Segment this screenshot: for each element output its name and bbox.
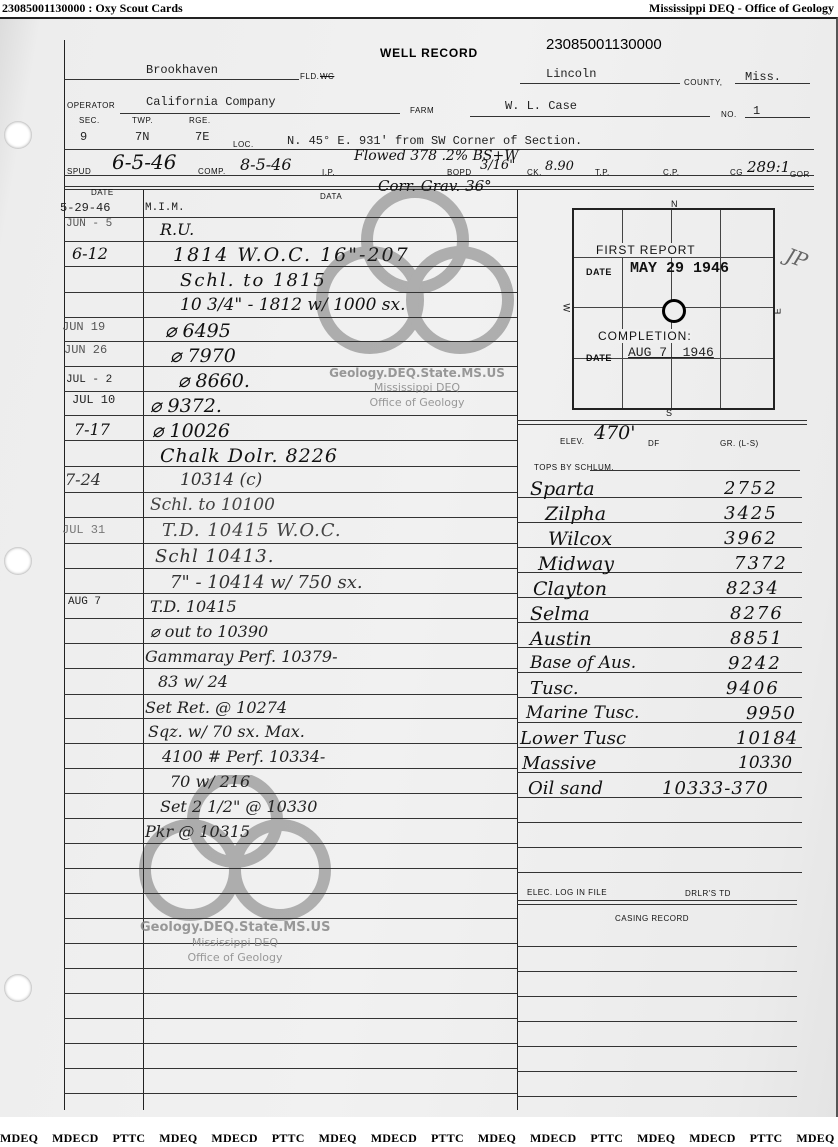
viewer-title: 23085001130000 : Oxy Scout Cards	[2, 1, 183, 16]
formation-depth: 2752	[724, 478, 778, 499]
footer-tag: MDECD	[371, 1131, 417, 1145]
log-date: AUG 7	[68, 596, 101, 608]
deq-logo-watermark	[130, 775, 340, 925]
comp-value: 8-5-46	[240, 155, 292, 174]
watermark-url: Geology.DEQ.State.MS.US	[140, 920, 330, 935]
ck-value: 8.90	[545, 159, 574, 174]
gr-label: GR. (L-S)	[720, 439, 759, 448]
formation-name: Marine Tusc.	[526, 703, 639, 723]
footer-tag: MDEQ	[478, 1131, 516, 1145]
loc-value: N. 45° E. 931' from SW Corner of Section…	[287, 134, 582, 148]
well-no-value: 1	[753, 104, 760, 118]
footer-tag: PTTC	[750, 1131, 783, 1145]
df-label: DF	[648, 439, 660, 448]
log-entry: Schl. to 10100	[150, 495, 275, 515]
plat-west: W	[562, 304, 572, 313]
footer-tag: MDEQ	[637, 1131, 675, 1145]
log-entry: R.U.	[160, 220, 194, 239]
casing-record-label: CASING RECORD	[615, 914, 689, 923]
log-date: JUN 19	[62, 320, 105, 334]
log-entry: ⌀ 10026	[152, 420, 230, 442]
log-entry: Schl 10413.	[155, 546, 274, 567]
log-entry: ⌀ out to 10390	[150, 622, 268, 641]
log-entry: ⌀ 8660.	[178, 370, 250, 392]
completion-label: COMPLETION:	[598, 329, 692, 343]
footer-tag: PTTC	[112, 1131, 145, 1145]
footer-tag: MDECD	[689, 1131, 735, 1145]
first-report-label: FIRST REPORT	[596, 243, 696, 257]
log-date: 7-17	[74, 420, 110, 439]
completion-date: AUG 7 1946	[628, 345, 714, 360]
api-number: 23085001130000	[546, 36, 662, 53]
footer-tag: PTTC	[272, 1131, 305, 1145]
elec-log-label: ELEC. LOG IN FILE	[527, 888, 607, 897]
well-location-marker	[662, 299, 686, 323]
footer-tag: MDECD	[52, 1131, 98, 1145]
field-value: Brookhaven	[146, 63, 218, 77]
operator-label: OPERATOR	[67, 101, 115, 110]
log-date: 7-24	[65, 470, 101, 489]
farm-value: W. L. Case	[505, 99, 577, 113]
state-value: Miss.	[745, 70, 781, 84]
date-column-header: DATE	[91, 188, 114, 197]
log-entry: Set Ret. @ 10274	[145, 698, 287, 717]
formation-name: Austin	[530, 628, 592, 650]
log-entry: ⌀ 6495	[165, 320, 231, 342]
spud-value: 6-5-46	[112, 150, 176, 174]
elev-value: 470'	[594, 422, 636, 444]
twp-value: 7N	[135, 130, 149, 144]
log-entry: ⌀ 7970	[170, 345, 236, 367]
first-report-date-label: DATE	[586, 267, 612, 277]
rge-value: 7E	[195, 130, 209, 144]
gor-label: GOR	[790, 170, 810, 179]
completion-date-label: DATE	[586, 353, 612, 363]
viewer-publisher: Mississippi DEQ - Office of Geology	[649, 1, 834, 16]
formation-depth: 3425	[724, 503, 778, 524]
formation-depth: 8234	[726, 578, 780, 599]
watermark-line3: Office of Geology	[140, 951, 330, 964]
twp-label: TWP.	[132, 116, 153, 125]
formation-name: Massive	[522, 753, 596, 774]
ip-label: I.P.	[322, 168, 335, 177]
formation-name: Base of Aus.	[530, 653, 636, 673]
log-date: 6-12	[72, 244, 108, 263]
bopd-label: BOPD	[447, 168, 472, 177]
first-report-date: MAY 29 1946	[630, 260, 729, 277]
log-entry: ⌀ 9372.	[150, 395, 222, 417]
footer-agency-strip: MDEQMDECDPTTCMDEQMDECDPTTCMDEQMDECDPTTCM…	[0, 1131, 838, 1146]
sec-label: SEC.	[79, 116, 100, 125]
footer-tag: MDEQ	[796, 1131, 834, 1145]
formation-depth: 9406	[726, 678, 780, 699]
formation-depth: 9242	[728, 653, 782, 674]
card-title: WELL RECORD	[380, 46, 478, 60]
log-date: JUL - 2	[66, 374, 112, 386]
log-entry: M.I.M.	[145, 202, 185, 214]
footer-tag: MDECD	[530, 1131, 576, 1145]
bopd-value: 3/16"	[480, 158, 515, 173]
cg-value: 289:1	[747, 158, 790, 176]
footer-tag: MDEQ	[319, 1131, 357, 1145]
formation-depth: 10184	[736, 728, 798, 749]
log-entry: 10314 (c)	[180, 470, 262, 490]
cp-label: C.P.	[663, 168, 680, 177]
log-date: JUN - 5	[66, 218, 112, 230]
watermark-line3: Office of Geology	[322, 396, 512, 409]
log-entry: T.D. 10415	[150, 597, 237, 616]
punch-hole	[4, 974, 32, 1002]
log-entry: Schl. to 1815	[180, 270, 327, 291]
ck-label: CK.	[527, 168, 542, 177]
loc-label: LOC.	[233, 140, 254, 149]
log-entry: 7" - 10414 w/ 750 sx.	[170, 572, 363, 593]
field-overstrike: WC	[320, 72, 334, 81]
tp-label: T.P.	[595, 168, 610, 177]
farm-label: FARM	[410, 106, 434, 115]
spud-label: SPUD	[67, 167, 91, 176]
county-value: Lincoln	[546, 67, 596, 81]
rge-label: RGE.	[189, 116, 211, 125]
watermark-line2: Mississippi DEQ	[140, 936, 330, 949]
formation-depth: 3962	[724, 528, 778, 549]
formation-name: Selma	[530, 603, 590, 625]
deq-logo-watermark	[310, 180, 520, 360]
log-entry: Gammaray Perf. 10379-	[145, 647, 338, 666]
formation-depth: 8276	[730, 603, 784, 624]
formation-name: Midway	[538, 553, 614, 575]
formation-depth: 10330	[738, 753, 792, 773]
footer-tag: MDEQ	[159, 1131, 197, 1145]
log-date: JUN 26	[64, 343, 107, 357]
log-entry: Chalk Dolr. 8226	[160, 445, 338, 467]
formation-name: Zilpha	[545, 503, 606, 525]
punch-hole	[4, 547, 32, 575]
footer-tag: PTTC	[431, 1131, 464, 1145]
formation-name: Tusc.	[530, 678, 579, 699]
formation-depth: 10333-370	[662, 778, 769, 799]
elev-label: ELEV.	[560, 437, 584, 446]
formation-name: Wilcox	[548, 528, 612, 550]
cg-label: CG	[730, 168, 743, 177]
log-entry: T.D. 10415 W.O.C.	[162, 520, 342, 541]
formation-depth: 8851	[730, 628, 784, 649]
formation-depth: 7372	[734, 553, 788, 574]
log-entry: 83 w/ 24	[158, 672, 228, 691]
footer-tag: MDEQ	[0, 1131, 38, 1145]
log-date: JUL 10	[72, 393, 115, 407]
watermark-line2: Mississippi DEQ	[322, 381, 512, 394]
comp-label: COMP.	[198, 167, 226, 176]
formation-name: Lower Tusc	[520, 728, 626, 749]
county-label: COUNTY,	[684, 78, 722, 87]
log-entry: 4100 # Perf. 10334-	[162, 747, 325, 766]
footer-tag: PTTC	[590, 1131, 623, 1145]
no-label: NO.	[721, 110, 737, 119]
sec-value: 9	[80, 130, 87, 144]
log-entry: Sqz. w/ 70 sx. Max.	[148, 722, 305, 741]
punch-hole	[4, 121, 32, 149]
log-date: JUL 31	[62, 523, 105, 537]
formation-name: Clayton	[533, 578, 607, 600]
footer-tag: MDECD	[211, 1131, 257, 1145]
formation-name: Sparta	[530, 478, 595, 500]
field-label: FLD.	[300, 72, 319, 81]
watermark-url: Geology.DEQ.State.MS.US	[322, 366, 512, 380]
operator-value: California Company	[146, 95, 276, 109]
log-date: 5-29-46	[60, 201, 110, 215]
section-plat: FIRST REPORT DATE MAY 29 1946 COMPLETION…	[572, 208, 775, 410]
formation-depth: 9950	[746, 703, 796, 724]
drlr-td-label: DRLR'S TD	[685, 889, 731, 898]
formation-name: Oil sand	[528, 778, 603, 799]
